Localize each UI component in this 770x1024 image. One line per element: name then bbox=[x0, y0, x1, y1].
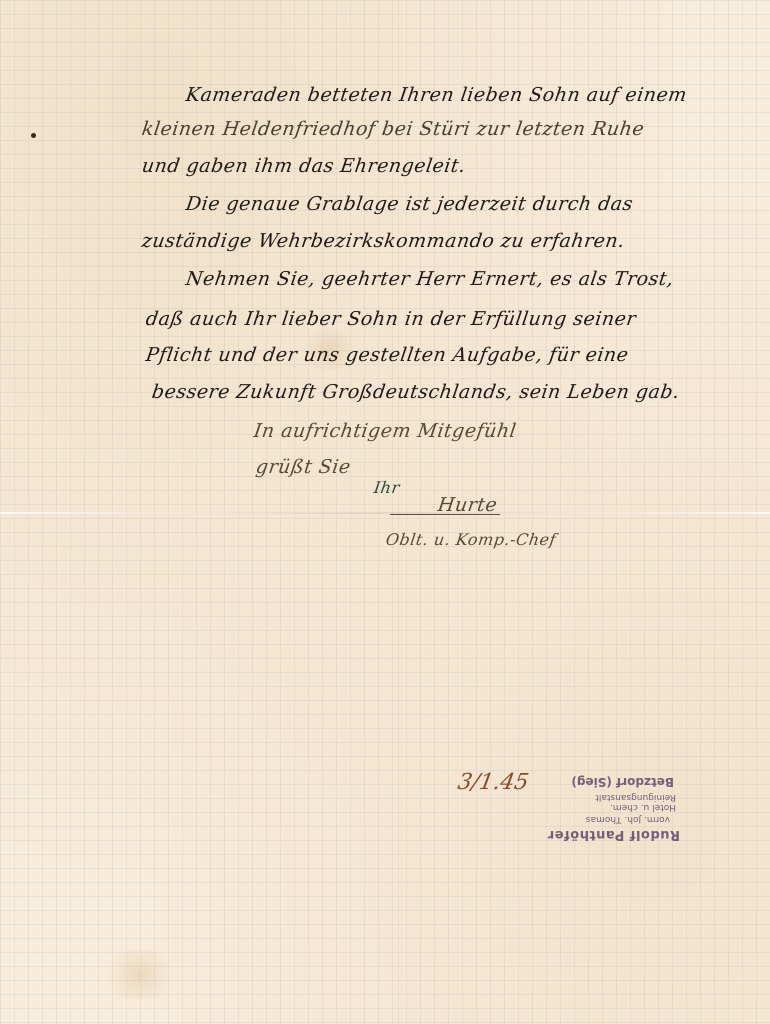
signature-underline bbox=[390, 514, 500, 515]
signature: Hurte bbox=[436, 494, 498, 516]
letter-line-1: Kameraden betteten Ihren lieben Sohn auf… bbox=[184, 84, 688, 106]
stamp-line-2: vorm. Joh. Thomas bbox=[540, 814, 670, 824]
pencil-date-note: 3/1.45 bbox=[456, 770, 531, 795]
ink-spot bbox=[31, 133, 36, 138]
closing-line-2: grüßt Sie bbox=[254, 456, 352, 478]
stamp-line-1: Rudolf Panthöfer bbox=[540, 827, 680, 842]
letter-line-4: Die genaue Grablage ist jederzeit durch … bbox=[184, 193, 634, 215]
closing-line-1: In aufrichtigem Mitgefühl bbox=[252, 420, 517, 442]
rubber-stamp: Rudolf Panthöfer vorm. Joh. Thomas Hotel… bbox=[540, 770, 680, 842]
letter-line-5: zuständige Wehrbezirkskommando zu erfahr… bbox=[140, 230, 626, 252]
letter-line-8: Pflicht und der uns gestellten Aufgabe, … bbox=[144, 344, 630, 366]
paper-stain bbox=[100, 950, 180, 1000]
stamp-line-4: Betzdorf (Sieg) bbox=[540, 775, 674, 789]
stamp-line-3: Hotel u. chem. Reinigungsanstalt bbox=[540, 792, 676, 812]
letter-line-7: daß auch Ihr lieber Sohn in der Erfüllun… bbox=[144, 308, 637, 330]
horizontal-fold-crease bbox=[0, 512, 770, 514]
closing-line-3: Ihr bbox=[373, 478, 401, 497]
letter-line-6: Nehmen Sie, geehrter Herr Ernert, es als… bbox=[184, 268, 675, 290]
letter-line-3: und gaben ihm das Ehrengeleit. bbox=[140, 155, 467, 177]
letter-line-2: kleinen Heldenfriedhof bei Stüri zur let… bbox=[140, 118, 645, 140]
letter-page: Kameraden betteten Ihren lieben Sohn auf… bbox=[0, 0, 770, 1024]
letter-line-9: bessere Zukunft Großdeutschlands, sein L… bbox=[150, 381, 681, 403]
signer-title: Oblt. u. Komp.-Chef bbox=[385, 530, 558, 549]
vertical-fold-crease bbox=[398, 0, 399, 1024]
